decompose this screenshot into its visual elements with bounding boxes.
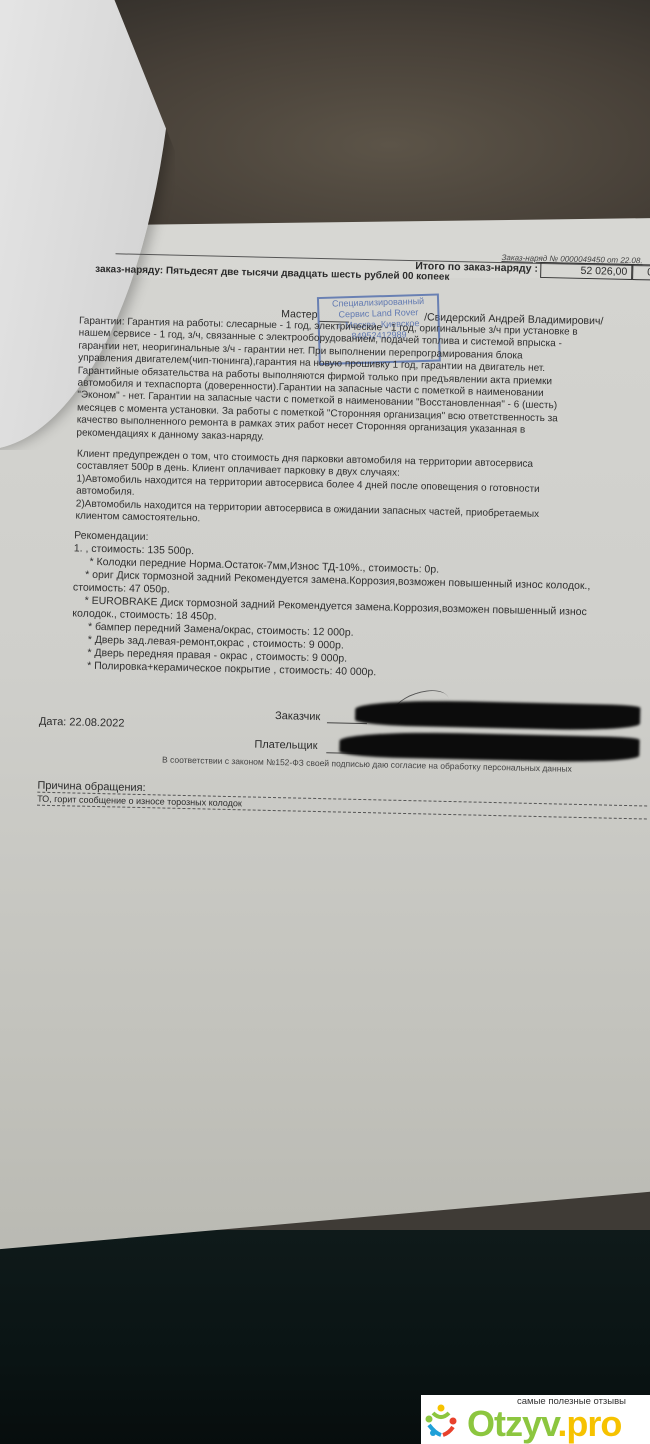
brand-main: Otzyv bbox=[467, 1403, 557, 1444]
guarantee-terms: Гарантии: Гарантия на работы: слесарные … bbox=[76, 315, 577, 450]
work-order-document: Заказ-наряд № 0000049450 от 22.08. Итого… bbox=[0, 0, 650, 1444]
watermark-brand: Otzyv.pro bbox=[467, 1404, 621, 1444]
document-date: Дата: 22.08.2022 bbox=[39, 716, 125, 731]
payer-label: Плательщик bbox=[254, 739, 317, 753]
customer-signature-line bbox=[327, 722, 367, 724]
customer-label: Заказчик bbox=[275, 710, 320, 724]
people-circle-logo-icon bbox=[425, 1403, 457, 1439]
parking-notice: Клиент предупрежден о том, что стоимость… bbox=[75, 448, 540, 533]
total-value: 52 026,00 bbox=[540, 262, 632, 280]
amount-in-words: заказ-наряду: Пятьдесят две тысячи двадц… bbox=[95, 263, 450, 284]
brand-tld: .pro bbox=[557, 1403, 621, 1444]
total-value-extra: 0 bbox=[632, 264, 650, 281]
recommendations: Рекомендации: 1. , стоимость: 135 500р. … bbox=[71, 529, 591, 684]
otzyv-watermark: самые полезные отзывы Otzyv.pro bbox=[421, 1395, 650, 1444]
